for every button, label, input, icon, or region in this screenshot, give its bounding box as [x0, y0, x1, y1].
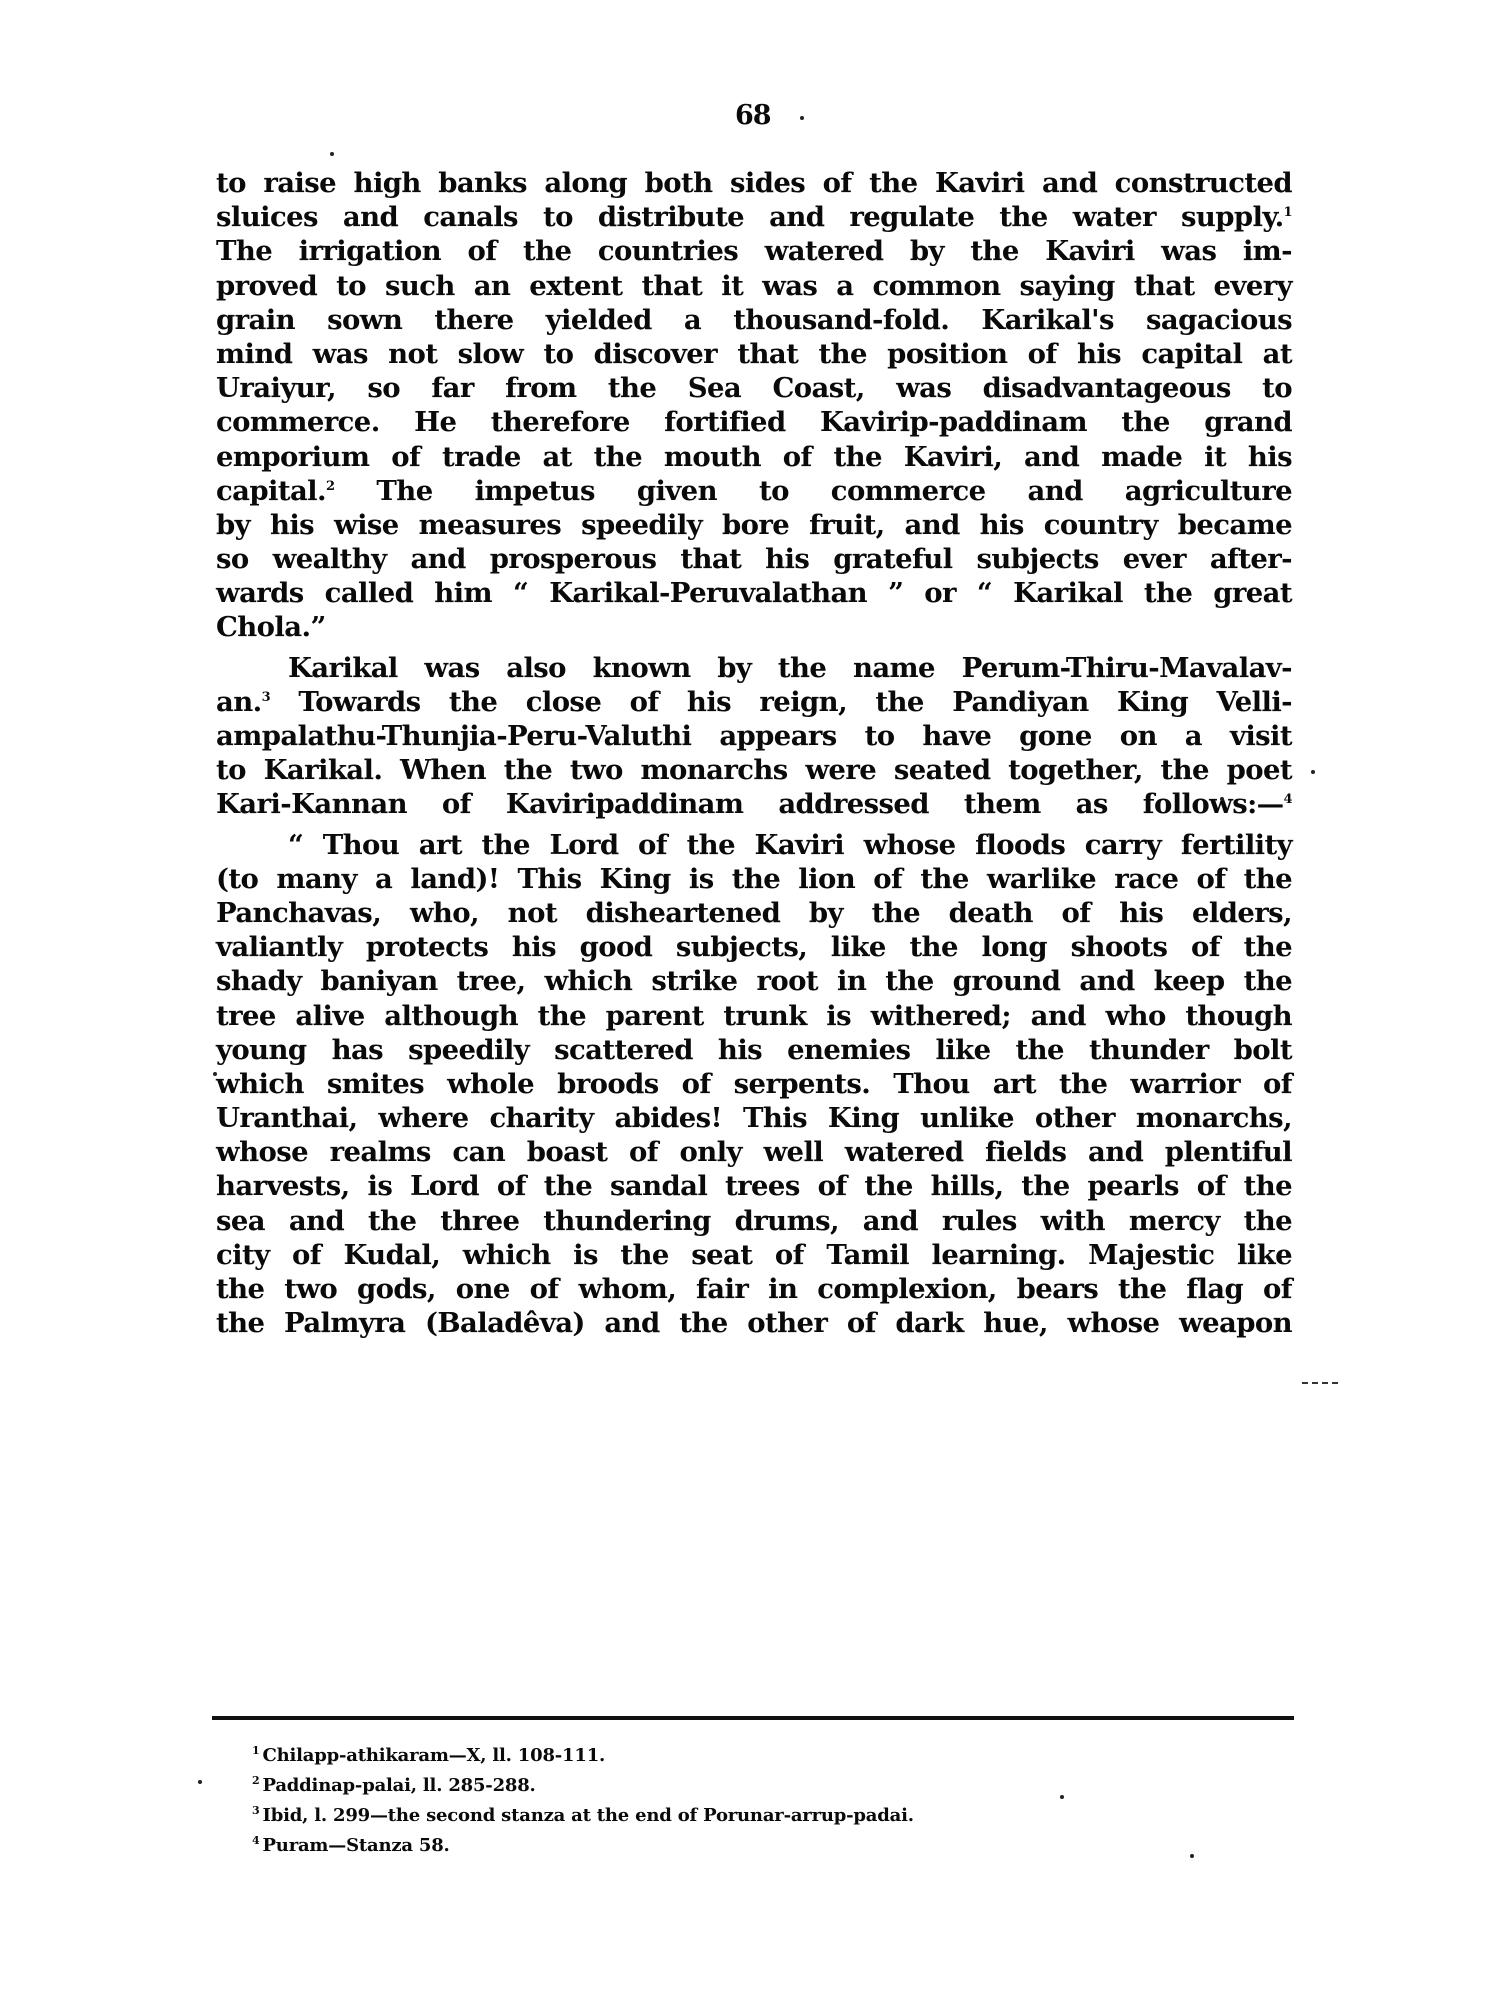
line-text: Karikal was also known by the name Perum… [288, 652, 1292, 684]
text-line: an.3 Towards the close of his reign, the… [216, 685, 1292, 719]
text-line: (to many a land)! This King is the lion … [216, 862, 1292, 896]
line-text: which smites whole broods of serpents. T… [216, 1068, 1292, 1100]
line-text: tree alive although the parent trunk is … [216, 1000, 1292, 1032]
line-text: sea and the three thundering drums, and … [216, 1205, 1292, 1237]
line-text: (to many a land)! This King is the lion … [216, 863, 1292, 895]
line-text: the two gods, one of whom, fair in compl… [216, 1273, 1292, 1305]
line-text: Panchavas, who, not disheartened by the … [216, 897, 1292, 929]
text-line: Uraiyur, so far from the Sea Coast, was … [216, 371, 1292, 405]
text-line: so wealthy and prosperous that his grate… [216, 542, 1292, 576]
text-line: ampalathu-Thunjia-Peru-Valuthi appears t… [216, 719, 1292, 753]
text-line: commerce. He therefore fortified Kavirip… [216, 405, 1292, 439]
text-line-paragraph-start: Karikal was also known by the name Perum… [216, 651, 1292, 685]
footnote-mark: 2 [252, 1774, 259, 1787]
text-line: which smites whole broods of serpents. T… [216, 1067, 1292, 1101]
text-line: sluices and canals to distribute and reg… [216, 200, 1292, 234]
footnote-mark: 3 [252, 1804, 259, 1817]
text-line: to Karikal. When the two monarchs were s… [216, 753, 1292, 787]
line-text: grain sown there yielded a thousand-fold… [216, 304, 1292, 336]
text-line: by his wise measures speedily bore fruit… [216, 508, 1292, 542]
margin-dash-mark [1302, 1382, 1338, 1387]
footnote-ref[interactable]: 3 [262, 690, 270, 705]
line-text: proved to such an extent that it was a c… [216, 270, 1292, 302]
footnote-item: 1Chilapp-athikaram—X, ll. 108-111. [252, 1736, 1252, 1766]
line-text: “ Thou art the Lord of the Kaviri whose … [288, 829, 1292, 861]
footnotes: 1Chilapp-athikaram—X, ll. 108-111. 2Padd… [252, 1736, 1252, 1856]
text-line: capital.2 The impetus given to commerce … [216, 474, 1292, 508]
scan-speck [1060, 1795, 1064, 1799]
line-text: Chola.” [216, 611, 326, 643]
line-text: harvests, is Lord of the sandal trees of… [216, 1170, 1292, 1202]
line-text: shady baniyan tree, which strike root in… [216, 965, 1292, 997]
text-line: shady baniyan tree, which strike root in… [216, 964, 1292, 998]
text-line: proved to such an extent that it was a c… [216, 269, 1292, 303]
line-text: young has speedily scattered his enemies… [216, 1034, 1292, 1066]
line-text: commerce. He therefore fortified Kavirip… [216, 406, 1292, 438]
scan-speck [213, 1072, 217, 1076]
footnote-text: Ibid, l. 299—the second stanza at the en… [262, 1805, 913, 1826]
text-line: harvests, is Lord of the sandal trees of… [216, 1169, 1292, 1203]
line-text: mind was not slow to discover that the p… [216, 338, 1292, 370]
scan-speck [330, 152, 334, 156]
scan-speck [1311, 770, 1315, 774]
text-line: to raise high banks along both sides of … [216, 166, 1292, 200]
line-text: so wealthy and prosperous that his grate… [216, 543, 1292, 575]
line-text: the Palmyra (Baladêva) and the other of … [216, 1307, 1292, 1339]
body-text: to raise high banks along both sides of … [216, 166, 1292, 1340]
footnote-text: Chilapp-athikaram—X, ll. 108-111. [262, 1745, 605, 1766]
text-line: whose realms can boast of only well wate… [216, 1135, 1292, 1169]
line-text: valiantly protects his good subjects, li… [216, 931, 1292, 963]
line-text: emporium of trade at the mouth of the Ka… [216, 441, 1292, 473]
text-line: Panchavas, who, not disheartened by the … [216, 896, 1292, 930]
line-text: Uraiyur, so far from the Sea Coast, was … [216, 372, 1292, 404]
line-text: Towards the close of his reign, the Pand… [270, 686, 1292, 718]
text-line: mind was not slow to discover that the p… [216, 337, 1292, 371]
footnote-text: Paddinap-palai, ll. 285-288. [262, 1775, 535, 1796]
text-line: wards called him “ Karikal-Peruvalathan … [216, 576, 1292, 610]
quote-line-start: “ Thou art the Lord of the Kaviri whose … [216, 828, 1292, 862]
text-line: young has speedily scattered his enemies… [216, 1033, 1292, 1067]
line-text: by his wise measures speedily bore fruit… [216, 509, 1292, 541]
text-line: Chola.” [216, 610, 1292, 644]
line-text: city of Kudal, which is the seat of Tami… [216, 1239, 1292, 1271]
footnote-item: 3Ibid, l. 299—the second stanza at the e… [252, 1796, 1252, 1826]
text-line: Kari-Kannan of Kaviripaddinam addressed … [216, 787, 1292, 821]
scan-speck [1220, 797, 1224, 801]
page-number: 68 [735, 100, 771, 131]
line-text: sluices and canals to distribute and reg… [216, 201, 1284, 233]
line-text: The irrigation of the countries watered … [216, 235, 1292, 267]
footnote-divider [212, 1716, 1294, 1720]
text-line: grain sown there yielded a thousand-fold… [216, 303, 1292, 337]
line-text: Kari-Kannan of Kaviripaddinam addressed … [216, 788, 1284, 820]
line-text: whose realms can boast of only well wate… [216, 1136, 1292, 1168]
line-text: an. [216, 686, 262, 718]
scan-speck [800, 116, 804, 120]
line-text: capital. [216, 475, 326, 507]
text-line: the Palmyra (Baladêva) and the other of … [216, 1306, 1292, 1340]
line-text: wards called him “ Karikal-Peruvalathan … [216, 577, 1292, 609]
text-line: sea and the three thundering drums, and … [216, 1204, 1292, 1238]
footnote-item: 2Paddinap-palai, ll. 285-288. [252, 1766, 1252, 1796]
footnote-ref[interactable]: 1 [1284, 205, 1292, 220]
footnote-item: 4Puram—Stanza 58. [252, 1826, 1252, 1856]
footnote-ref[interactable]: 4 [1284, 792, 1292, 807]
text-line: valiantly protects his good subjects, li… [216, 930, 1292, 964]
scan-speck [198, 1780, 202, 1784]
line-text: Uranthai, where charity abides! This Kin… [216, 1102, 1292, 1134]
line-text: to raise high banks along both sides of … [216, 167, 1292, 199]
line-text: ampalathu-Thunjia-Peru-Valuthi appears t… [216, 720, 1292, 752]
text-line: emporium of trade at the mouth of the Ka… [216, 440, 1292, 474]
text-line: the two gods, one of whom, fair in compl… [216, 1272, 1292, 1306]
footnote-mark: 4 [252, 1834, 259, 1847]
footnote-text: Puram—Stanza 58. [262, 1835, 449, 1856]
text-line: The irrigation of the countries watered … [216, 234, 1292, 268]
scan-speck [1190, 1854, 1194, 1858]
line-text: to Karikal. When the two monarchs were s… [216, 754, 1292, 786]
line-text: The impetus given to commerce and agricu… [334, 475, 1292, 507]
text-line: Uranthai, where charity abides! This Kin… [216, 1101, 1292, 1135]
text-line: city of Kudal, which is the seat of Tami… [216, 1238, 1292, 1272]
text-line: tree alive although the parent trunk is … [216, 999, 1292, 1033]
footnote-mark: 1 [252, 1744, 259, 1757]
